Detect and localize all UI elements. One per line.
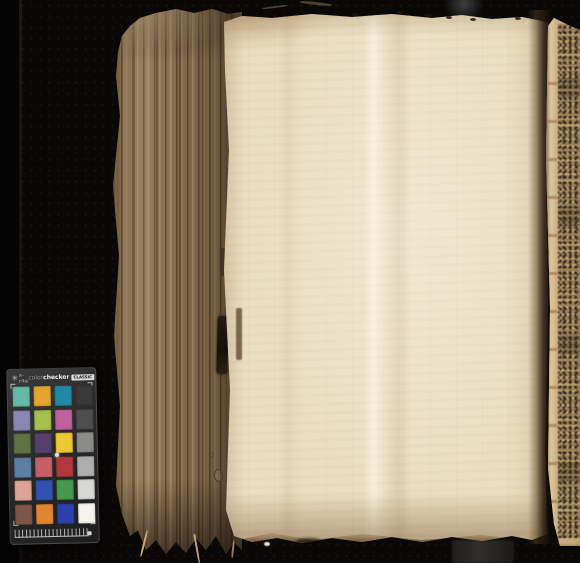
page-soot-blob bbox=[296, 538, 322, 545]
colorchecker-patch-orange-yellow bbox=[33, 386, 51, 406]
colorchecker-patch-neutral-5 bbox=[76, 432, 94, 452]
xrite-logo-icon: ✳ bbox=[11, 375, 18, 381]
facing-page-text-edge bbox=[546, 8, 580, 546]
manuscript-text-blur bbox=[558, 24, 580, 538]
paper-wisp bbox=[262, 4, 288, 9]
photo-stage: ✳ x-rite colorchecker CLASSIC bbox=[0, 0, 580, 563]
colorchecker-patch-moderate-red bbox=[35, 457, 53, 477]
colorchecker-patch-black bbox=[75, 385, 93, 405]
colorchecker-patch-dark-skin bbox=[15, 504, 33, 524]
xrite-brand-text: x-rite bbox=[19, 372, 29, 384]
burnt-speck bbox=[515, 17, 521, 20]
colorchecker-patch-purple bbox=[34, 433, 52, 453]
charred-mark bbox=[236, 308, 242, 360]
frayed-thread bbox=[231, 540, 235, 558]
gutter-shadow bbox=[528, 10, 550, 544]
burnt-speck bbox=[352, 13, 358, 16]
colorchecker-patch-blue-flower bbox=[13, 410, 31, 430]
colorchecker-card: ✳ x-rite colorchecker CLASSIC bbox=[6, 367, 100, 545]
white-fleck bbox=[264, 542, 270, 546]
ruler-end-mark bbox=[88, 531, 92, 535]
colorchecker-patch-blue-sky bbox=[14, 457, 32, 477]
classic-badge: CLASSIC bbox=[71, 374, 94, 380]
colorchecker-patch-neutral-6.5 bbox=[77, 456, 95, 476]
burnt-speck bbox=[446, 16, 452, 19]
colorchecker-patch-blue bbox=[57, 503, 75, 523]
open-blank-page bbox=[222, 10, 549, 546]
colorchecker-patch-green bbox=[56, 480, 74, 500]
colorchecker-patch-bluish-green bbox=[13, 386, 31, 406]
product-color-part: color bbox=[28, 374, 43, 381]
colorchecker-patch-neutral-3.5 bbox=[76, 409, 94, 429]
colorchecker-patch-white bbox=[78, 503, 96, 523]
product-checker-part: checker bbox=[43, 374, 69, 382]
colorchecker-patch-magenta bbox=[55, 409, 73, 429]
burnt-speck bbox=[424, 14, 433, 17]
colorchecker-patch-foliage bbox=[14, 434, 32, 454]
colorchecker-patch-yellow bbox=[55, 433, 73, 453]
colorchecker-patch-grid bbox=[13, 385, 96, 525]
colorchecker-header: ✳ x-rite colorchecker CLASSIC bbox=[7, 368, 95, 384]
colorchecker-patch-orange bbox=[36, 504, 54, 524]
ink-mark-small bbox=[209, 452, 214, 458]
colorchecker-product-text: colorchecker bbox=[28, 374, 69, 382]
colorchecker-patch-red bbox=[56, 456, 74, 476]
paper-wisp bbox=[300, 0, 332, 6]
background-bottom-reflection bbox=[452, 540, 514, 563]
colorchecker-patch-cyan bbox=[54, 386, 72, 406]
colorchecker-patch-purplish-blue bbox=[35, 480, 53, 500]
colorchecker-patch-light-skin bbox=[15, 481, 33, 501]
colorchecker-patch-neutral-8 bbox=[77, 479, 95, 499]
ruler-scale bbox=[15, 528, 89, 538]
burnt-speck bbox=[470, 18, 476, 21]
burnt-speck bbox=[398, 11, 404, 14]
colorchecker-patch-yellow-green bbox=[34, 410, 52, 430]
